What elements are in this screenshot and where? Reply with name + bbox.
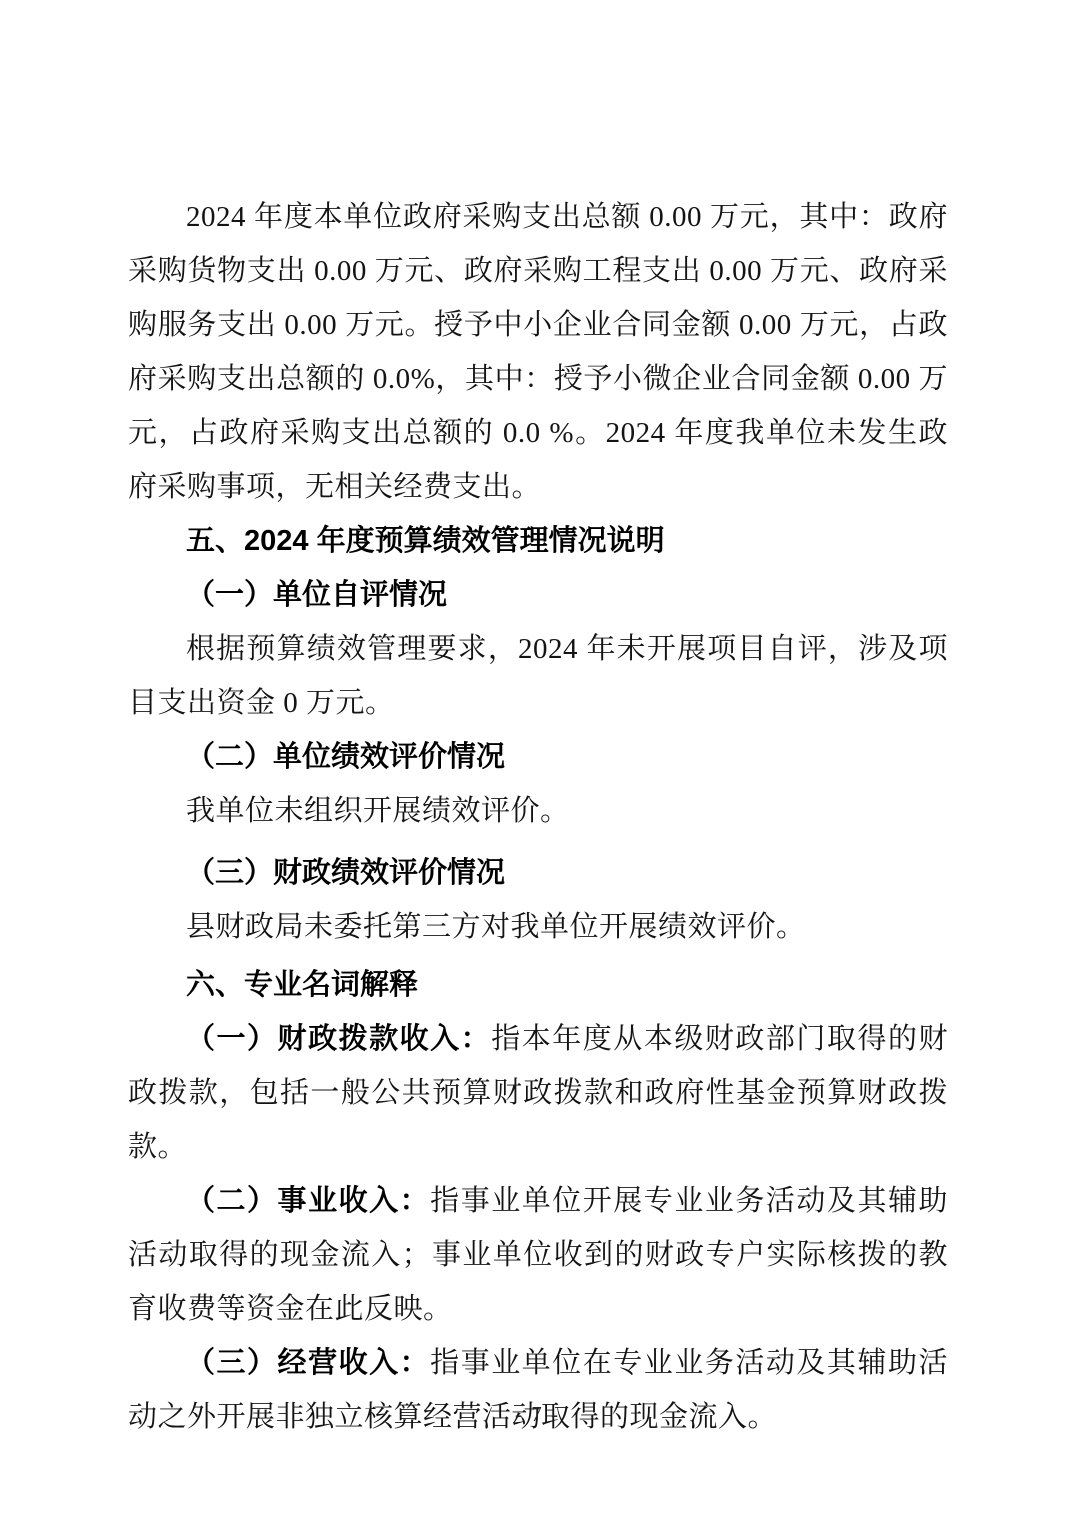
subsection-5-2-body: 我单位未组织开展绩效评价。 <box>128 784 948 838</box>
document-page: 2024 年度本单位政府采购支出总额 0.00 万元，其中：政府采购货物支出 0… <box>0 0 1075 1520</box>
section-5-heading: 五、2024 年度预算绩效管理情况说明 <box>128 514 948 568</box>
page-number: - 7 - <box>0 1400 1075 1428</box>
term-definition-paragraph: （二）事业收入：指事业单位开展专业业务活动及其辅助活动取得的现金流入；事业单位收… <box>128 1174 948 1336</box>
subsection-5-2-heading: （二）单位绩效评价情况 <box>128 730 948 784</box>
subsection-5-1-heading: （一）单位自评情况 <box>128 568 948 622</box>
term-definition-paragraph: （一）财政拨款收入：指本年度从本级财政部门取得的财政拨款，包括一般公共预算财政拨… <box>128 1012 948 1174</box>
document-content: 2024 年度本单位政府采购支出总额 0.00 万元，其中：政府采购货物支出 0… <box>128 190 948 1444</box>
section-6-heading: 六、专业名词解释 <box>128 958 948 1012</box>
term-label: （一）财政拨款收入： <box>186 1023 491 1055</box>
subsection-5-3-heading: （三）财政绩效评价情况 <box>128 846 948 900</box>
subsection-5-3-body: 县财政局未委托第三方对我单位开展绩效评价。 <box>128 900 948 954</box>
procurement-summary-paragraph: 2024 年度本单位政府采购支出总额 0.00 万元，其中：政府采购货物支出 0… <box>128 190 948 514</box>
term-label: （二）事业收入： <box>186 1185 430 1217</box>
subsection-5-1-body: 根据预算绩效管理要求，2024 年未开展项目自评，涉及项目支出资金 0 万元。 <box>128 622 948 730</box>
term-label: （三）经营收入： <box>186 1347 430 1379</box>
